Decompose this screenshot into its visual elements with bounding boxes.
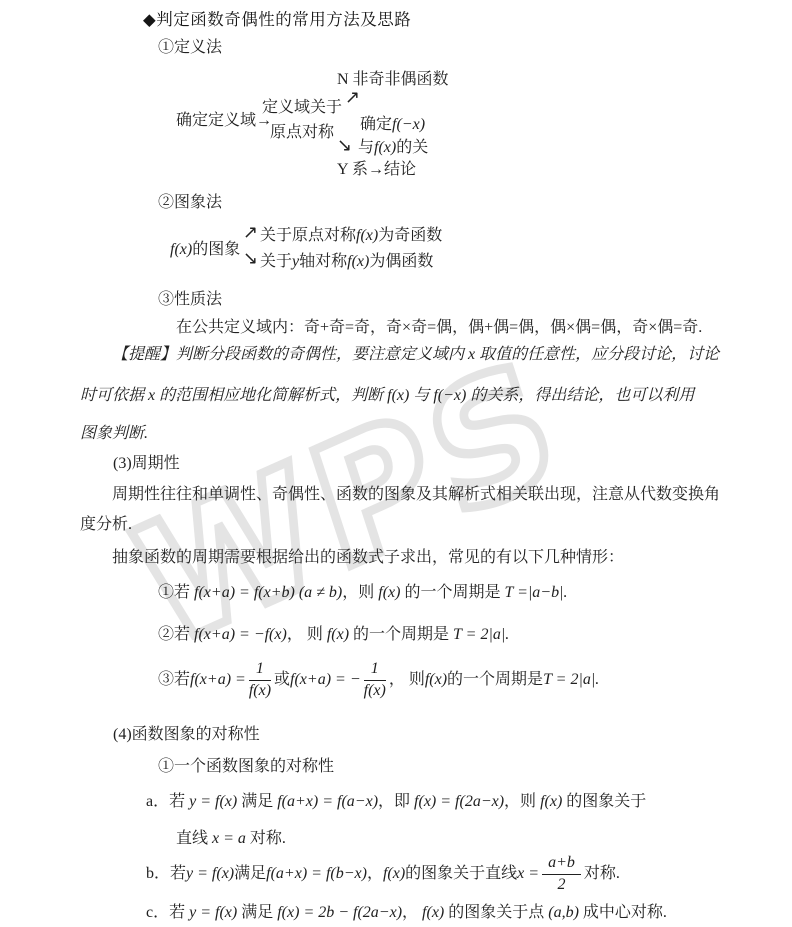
arrow-up-right-icon: ↗ (345, 86, 360, 110)
graph-method-label: ②图象法 (158, 191, 222, 215)
remark-line-3: 图象判断. (80, 422, 148, 446)
flow-right-node-line2: 与f(x)的关 (358, 136, 428, 160)
symmetry-heading: (4)函数图象的对称性 (113, 723, 260, 747)
symmetry-sub-heading: ①一个函数图象的对称性 (158, 755, 334, 779)
symmetry-case-a-line1: a．若 y = f(x) 满足 f(a+x) = f(a−x)，即 f(x) =… (146, 790, 646, 814)
graph-lead: f(x)的图象 (170, 238, 240, 262)
periodicity-para1-line2: 度分析. (80, 513, 132, 537)
doc-title: ◆判定函数奇偶性的常用方法及思路 (143, 8, 411, 32)
period-case-3: ③若 f(x+a) = 1f(x) 或 f(x+a) = −1f(x)， 则 f… (158, 656, 599, 704)
symmetry-case-b: b．若 y = f(x) 满足 f(a+x) = f(b−x)， f(x) 的图… (146, 852, 620, 896)
period-case-2: ②若 f(x+a) = −f(x)， 则 f(x) 的一个周期是 T = 2|a… (158, 623, 509, 647)
arrow-down-right-icon: ↘ (243, 247, 258, 271)
definition-method-label: ①定义法 (158, 36, 222, 60)
flow-mid-node-line2: 原点对称 (270, 121, 334, 145)
graph-branch-odd: 关于原点对称f(x)为奇函数 (260, 224, 442, 248)
property-method-label: ③性质法 (158, 288, 222, 312)
periodicity-heading: (3)周期性 (113, 452, 180, 476)
flow-right-node-line1: 确定f(−x) (360, 113, 425, 137)
arrow-down-right-icon: ↘ (337, 134, 352, 158)
document-page: WPS ◆判定函数奇偶性的常用方法及思路 ①定义法 N 非奇非偶函数 ↗ 确定定… (0, 0, 792, 927)
flow-y-result: Y 系→结论 (337, 158, 416, 182)
symmetry-case-a-line2: 直线 x = a 对称. (176, 827, 286, 851)
flow-start-node: 确定定义域→ (176, 109, 272, 133)
property-rule: 在公共定义域内：奇+奇=奇，奇×奇=偶，偶+偶=偶，偶×偶=偶，奇×偶=奇. (176, 316, 702, 340)
period-case-1: ①若 f(x+a) = f(x+b) (a ≠ b)，则 f(x) 的一个周期是… (158, 581, 567, 605)
remark-line-2: 时可依据 x 的范围相应地化简解析式，判断 f(x) 与 f(−x) 的关系，得… (80, 384, 694, 408)
periodicity-para2: 抽象函数的周期需要根据给出的函数式子求出，常见的有以下几种情形： (112, 546, 624, 570)
flow-mid-node-line1: 定义域关于 (262, 96, 342, 120)
periodicity-para1-line1: 周期性往往和单调性、奇偶性、函数的图象及其解析式相关联出现，注意从代数变换角 (112, 483, 720, 507)
remark-line-1: 【提醒】判断分段函数的奇偶性，要注意定义域内 x 取值的任意性，应分段讨论，讨论 (112, 343, 719, 367)
graph-branch-even: 关于y轴对称f(x)为偶函数 (260, 250, 433, 274)
symmetry-case-c: c．若 y = f(x) 满足 f(x) = 2b − f(2a−x)， f(x… (146, 901, 667, 925)
arrow-up-right-icon: ↗ (243, 221, 258, 245)
